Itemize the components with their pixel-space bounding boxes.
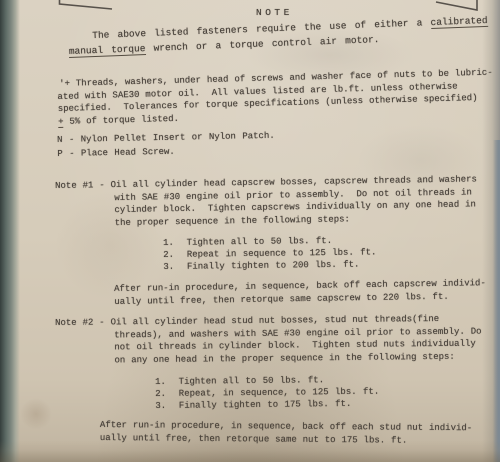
note1-steps-list: 1. Tighten all to 50 lbs. ft.2. Repeat i… xyxy=(163,235,377,273)
page-title: NOTE xyxy=(256,7,293,20)
manual-page: NOTE The above listed fasteners require … xyxy=(0,0,500,462)
bottom-shadow xyxy=(0,440,500,462)
legend-paragraph: N - Nylon Pellet Insert or Nylon Patch.P… xyxy=(57,130,275,161)
book-binding-edge xyxy=(0,0,20,462)
note1-paragraph: Note #1 - Oil all cylinder head capscrew… xyxy=(55,173,478,230)
page-edge-sliver xyxy=(493,140,500,462)
text-line: 3. Finally tighten to 200 lbs. ft. xyxy=(163,259,376,274)
text-line: 3. Finally tighten to 175 lbs. ft. xyxy=(155,398,379,412)
footnote-paragraph: '+ Threads, washers, under head of screw… xyxy=(57,67,494,129)
scanned-page-photo: NOTE The above listed fasteners require … xyxy=(0,0,500,462)
note2-steps-list: 1. Tighten all to 50 lbs. ft.2. Repeat, … xyxy=(155,374,379,412)
intro-paragraph: The above listed fasteners require the u… xyxy=(68,13,488,59)
note2-paragraph: Note #2 - Oil all cylinder head stud nut… xyxy=(55,313,482,368)
note1-after-paragraph: After run-in procedure, in sequence, bac… xyxy=(114,277,486,308)
